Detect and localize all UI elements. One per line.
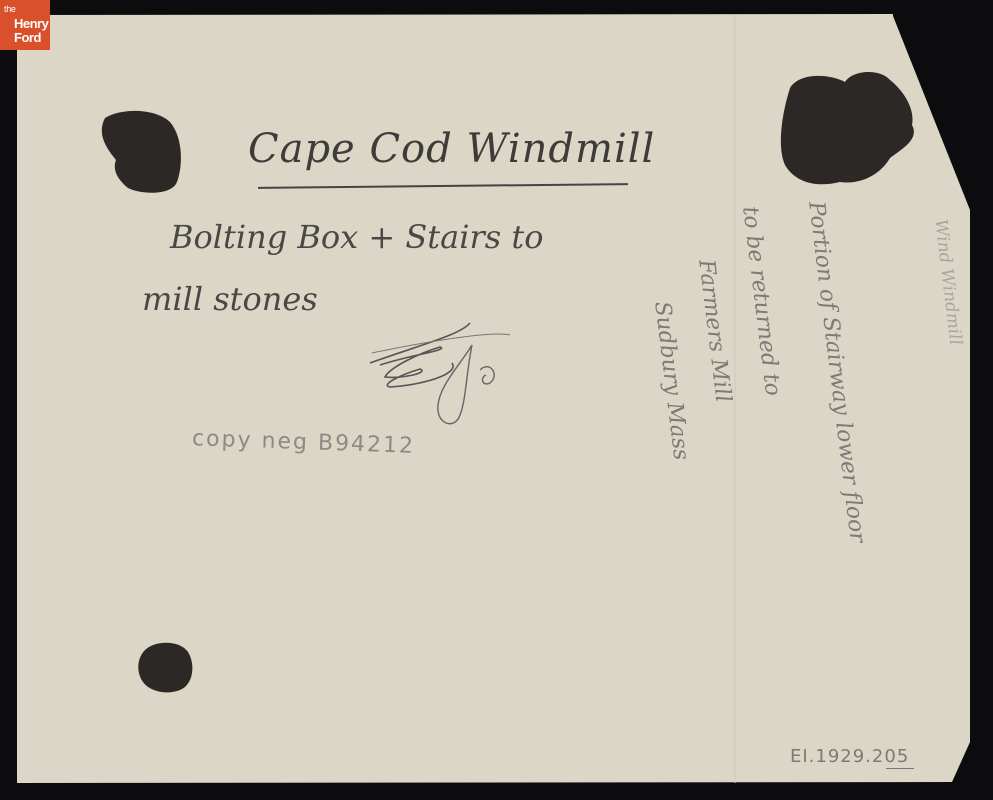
henry-ford-logo: the Henry Ford	[0, 0, 50, 50]
accession-underline	[886, 768, 914, 769]
logo-text-the: the	[4, 5, 16, 14]
logo-text-henry: Henry	[14, 17, 48, 30]
signature-scribble	[360, 305, 520, 435]
body-line-1: Bolting Box + Stairs to	[170, 218, 543, 256]
document-title: Cape Cod Windmill	[248, 126, 655, 172]
logo-text-ford: Ford	[14, 31, 41, 44]
ink-blot-bottom-left	[138, 643, 192, 693]
body-line-2: mill stones	[142, 280, 318, 318]
accession-number: EI.1929.205	[790, 746, 909, 767]
